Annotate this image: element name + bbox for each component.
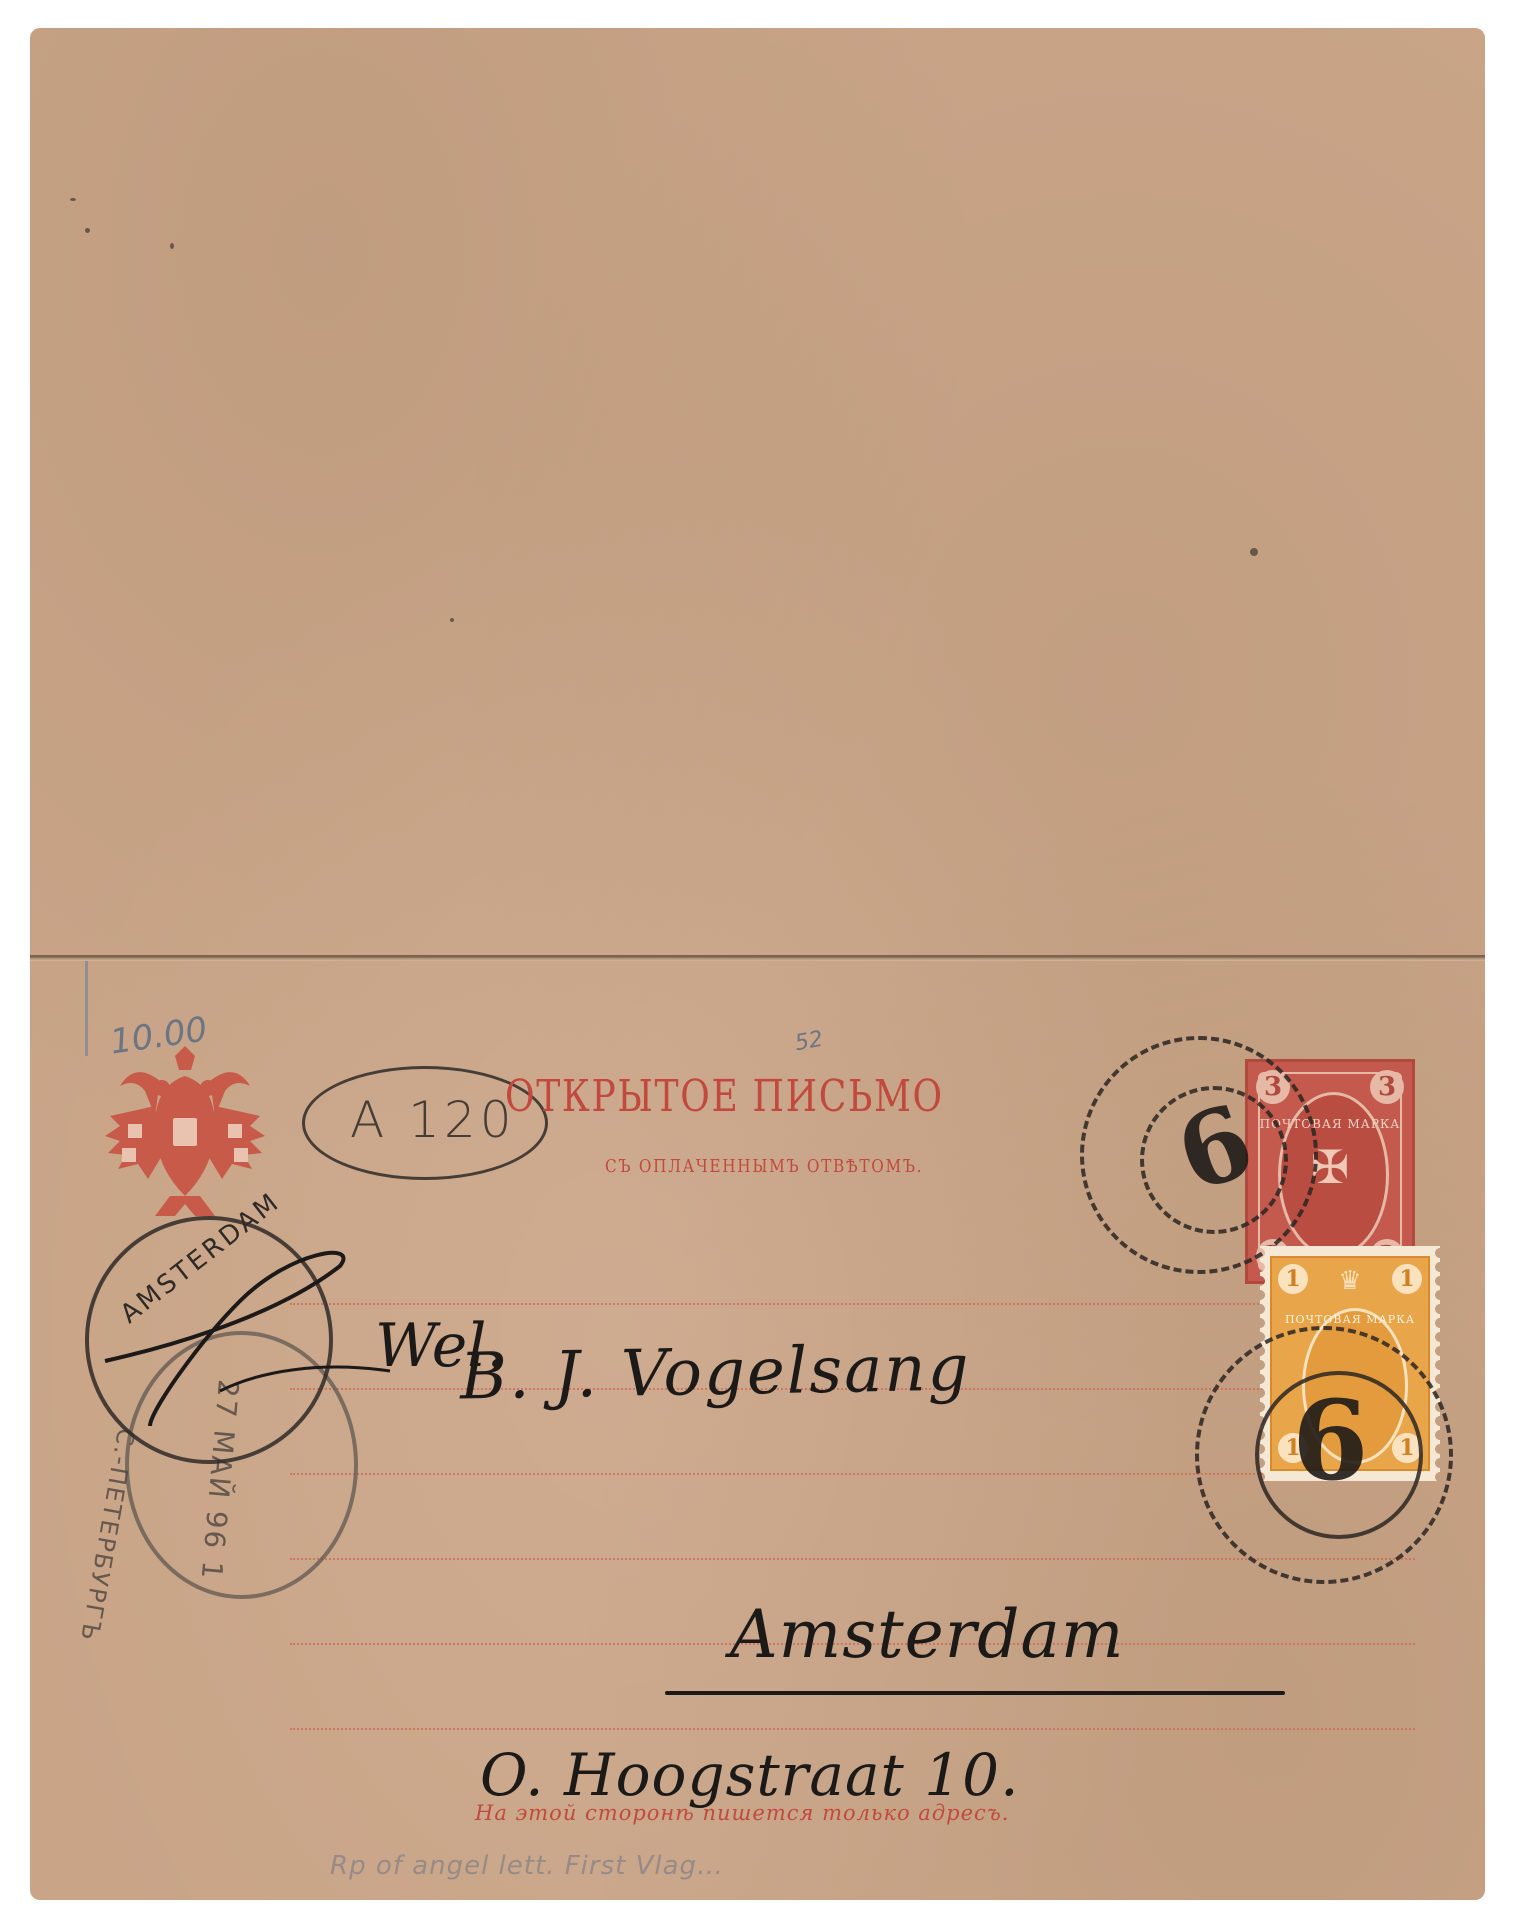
address-rule bbox=[290, 1728, 1415, 1730]
card-subtitle: СЪ ОПЛАЧЕННЫМЪ ОТВѢТОМЪ. bbox=[605, 1156, 923, 1177]
recipient-city: Amsterdam bbox=[730, 1596, 1124, 1673]
stamp-value: 1 bbox=[1278, 1264, 1308, 1294]
stamp-value: 3 bbox=[1370, 1070, 1404, 1104]
address-only-note: На этой сторонѣ пишется только адресъ. bbox=[475, 1801, 1009, 1825]
double-headed-eagle-icon bbox=[100, 1046, 270, 1221]
postal-card: 10.00 52 A 120 bbox=[30, 28, 1485, 1900]
paper-speck bbox=[70, 198, 76, 201]
city-underline bbox=[665, 1691, 1285, 1695]
pencil-footer-note: Rp of angel lett. First Vlag… bbox=[330, 1851, 724, 1881]
cancel-number: 6 bbox=[1292, 1376, 1369, 1505]
paper-speck bbox=[1250, 548, 1258, 556]
paper-speck bbox=[450, 618, 454, 622]
card-title: ОТКРЫТОЕ ПИСЬМО bbox=[505, 1071, 944, 1122]
reply-card-panel bbox=[30, 28, 1485, 957]
recipient-street: O. Hoogstraat 10. bbox=[480, 1741, 1020, 1809]
pencil-lot-number: 52 bbox=[793, 1027, 825, 1056]
pencil-stroke bbox=[85, 961, 88, 1056]
paper-speck bbox=[170, 243, 174, 249]
recipient-name: B. J. Vogelsang bbox=[459, 1332, 971, 1415]
stamp-legend: ПОЧТОВАЯ МАРКА bbox=[1272, 1313, 1428, 1326]
oval-mark-text: A 120 bbox=[350, 1091, 516, 1149]
stamp-value: 1 bbox=[1392, 1264, 1422, 1294]
paper-speck bbox=[85, 228, 90, 233]
address-panel: 10.00 52 A 120 bbox=[30, 961, 1485, 1900]
